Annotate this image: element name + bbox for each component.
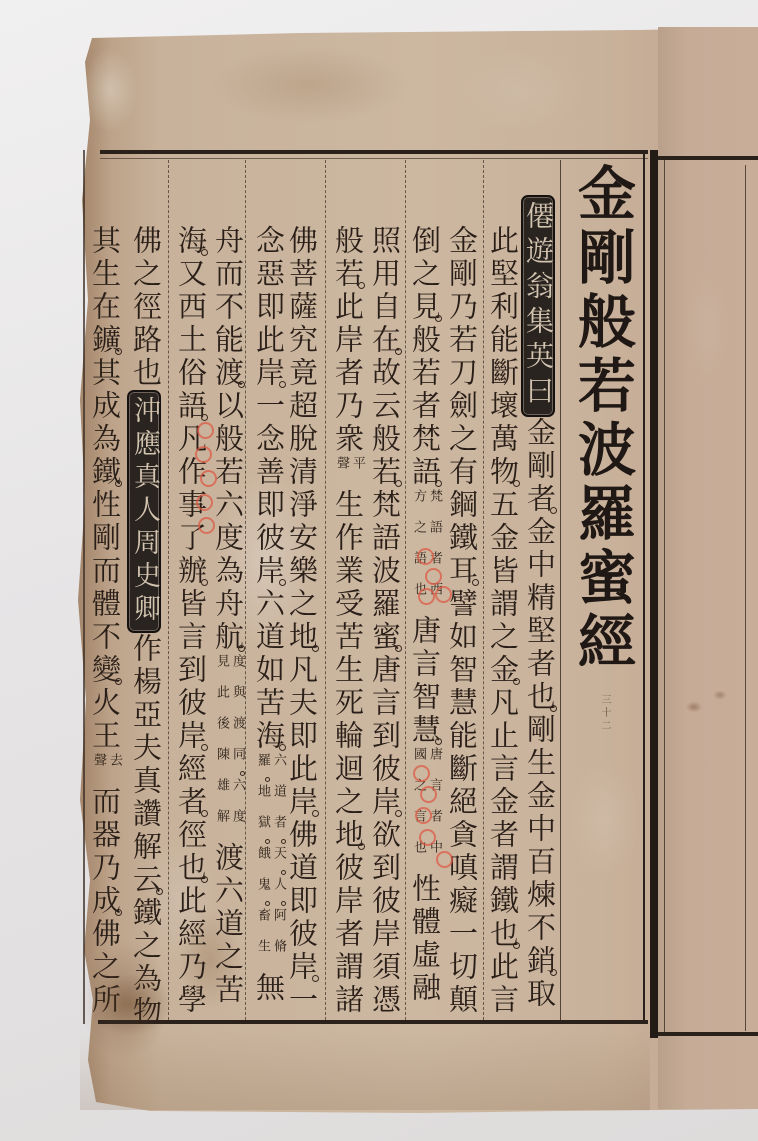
column-text: 佛菩薩究竟超脫清淨安樂之地。凡夫即此岸。佛道即彼岸。一 [285, 225, 319, 1017]
text-column-2: 此堅利能斷壞萬物。五金皆謂之金。凡止言金者謂鐵也。此言 [486, 225, 520, 1055]
column-text: 舟而不能渡。以般若六度為舟航。 [211, 225, 245, 654]
column-rule [405, 160, 406, 1020]
red-ink-circle [420, 786, 437, 803]
red-ink-circle [195, 446, 212, 463]
red-ink-circle [418, 588, 435, 605]
title-column-rule [560, 160, 561, 1020]
column-text: 其生在鑛。其成為鐵。性剛而體不變。火王 [88, 225, 122, 753]
column-text: 倒之見。般若者梵語。 [408, 225, 442, 489]
tone-note: 平聲 [333, 456, 365, 489]
red-ink-circle [197, 422, 214, 439]
text-column-12: 其生在鑛。其成為鐵。性剛而體不變。火王去聲而器乃成。佛之所 [88, 225, 122, 1055]
facing-page-rule [745, 165, 746, 1031]
text-column-7: 佛菩薩究竟超脫清淨安樂之地。凡夫即此岸。佛道即彼岸。一 [285, 225, 319, 1055]
column-text: 海。又西土俗語。凡作事了辦。皆言到彼岸。經者。徑也。此經乃學 [174, 225, 208, 1017]
column-text: 念惡即此岸。一念善即彼岸。六道如苦海。 [252, 225, 286, 753]
red-ink-circle [436, 851, 453, 868]
red-ink-circle [417, 548, 434, 565]
column-rule [245, 160, 246, 1020]
commentator-label: 沖應真人周史卿 [127, 390, 161, 633]
frame-right-border [643, 152, 645, 1024]
column-text: 生作業受苦生死輪迴之地。彼岸者謂諸 [331, 489, 365, 1017]
facing-page [658, 27, 758, 1109]
interlinear-note: 六道者。天。人。阿脩羅。地獄。餓鬼。畜生 [254, 753, 286, 972]
red-ink-circle [413, 765, 430, 782]
text-column-5: 照用自在。故云般若。梵語波羅蜜。唐言到彼岸。欲到彼岸須憑 [368, 225, 402, 1055]
red-ink-circle [435, 586, 452, 603]
column-text: 金剛者。金中精堅者也。剛生金中百煉不銷。取 [523, 417, 557, 1011]
column-text: 此堅利能斷壞萬物。五金皆謂之金。凡止言金者謂鐵也。此言 [486, 225, 520, 1017]
page-bottom-shade [80, 1030, 650, 1110]
text-column-4: 倒之見。般若者梵語。梵語者西方之語也唐言智慧。唐言者中國之言也性體虛融 [408, 225, 442, 1055]
column-text: 佛之徑路也 [129, 225, 163, 390]
column-text: 般若。此岸者乃衆 [331, 225, 365, 456]
column-text: 金剛乃若刀劍之有鋼鐵耳。譬如智慧能斷絕貪嗔癡一切顛 [445, 225, 479, 1017]
column-rule [325, 160, 326, 1020]
frame-top-inner-line [100, 158, 648, 159]
red-ink-circle [415, 807, 432, 824]
paper-stain [80, 940, 170, 1060]
text-column-10: 海。又西土俗語。凡作事了辦。皆言到彼岸。經者。徑也。此經乃學 [174, 225, 208, 1055]
column-text: 性體虛融 [408, 873, 442, 1005]
text-column-1: 僊遊翁集英曰金剛者。金中精堅者也。剛生金中百煉不銷。取 [523, 195, 557, 1025]
red-ink-circle [425, 568, 442, 585]
red-ink-circle [198, 517, 215, 534]
text-column-3: 金剛乃若刀劍之有鋼鐵耳。譬如智慧能斷絕貪嗔癡一切顛 [445, 225, 479, 1055]
paper-stain [570, 760, 640, 880]
column-text: 渡六道之苦 [211, 842, 245, 1007]
facing-page-frame-bottom [658, 1032, 758, 1036]
column-rule [483, 160, 484, 1020]
column-text: 唐言智慧。 [408, 615, 442, 747]
tone-note: 去聲 [90, 753, 122, 786]
column-text: 照用自在。故云般若。梵語波羅蜜。唐言到彼岸。欲到彼岸須憑 [368, 225, 402, 1017]
red-ink-circle [200, 470, 217, 487]
red-ink-circle [419, 829, 436, 846]
commentator-label: 僊遊翁集英曰 [521, 195, 555, 417]
text-column-9: 舟而不能渡。以般若六度為舟航。度與渡同。六度見此後陳雄解渡六道之苦 [211, 225, 245, 1055]
facing-page-rule [664, 160, 665, 1032]
frame-left-border [83, 150, 85, 1024]
text-column-8: 念惡即此岸。一念善即彼岸。六道如苦海。六道者。天。人。阿脩羅。地獄。餓鬼。畜生無 [252, 225, 286, 1055]
column-rule [168, 160, 169, 1020]
book-gutter [650, 150, 658, 1038]
interlinear-note: 度與渡同。六度見此後陳雄解 [213, 654, 245, 842]
facing-page-frame-top [658, 156, 758, 160]
sutra-title: 金剛般若波羅蜜經 [567, 163, 637, 703]
text-column-6: 般若。此岸者乃衆平聲生作業受苦生死輪迴之地。彼岸者謂諸 [331, 225, 365, 1055]
column-text: 無 [252, 972, 286, 1005]
text-column-11: 佛之徑路也沖應真人周史卿作楊亞夫真讚解云。鐵之為物 [129, 225, 163, 1055]
page-marker: 三十二 [597, 694, 611, 754]
red-ink-circle [196, 494, 213, 511]
frame-top-border [100, 150, 648, 154]
